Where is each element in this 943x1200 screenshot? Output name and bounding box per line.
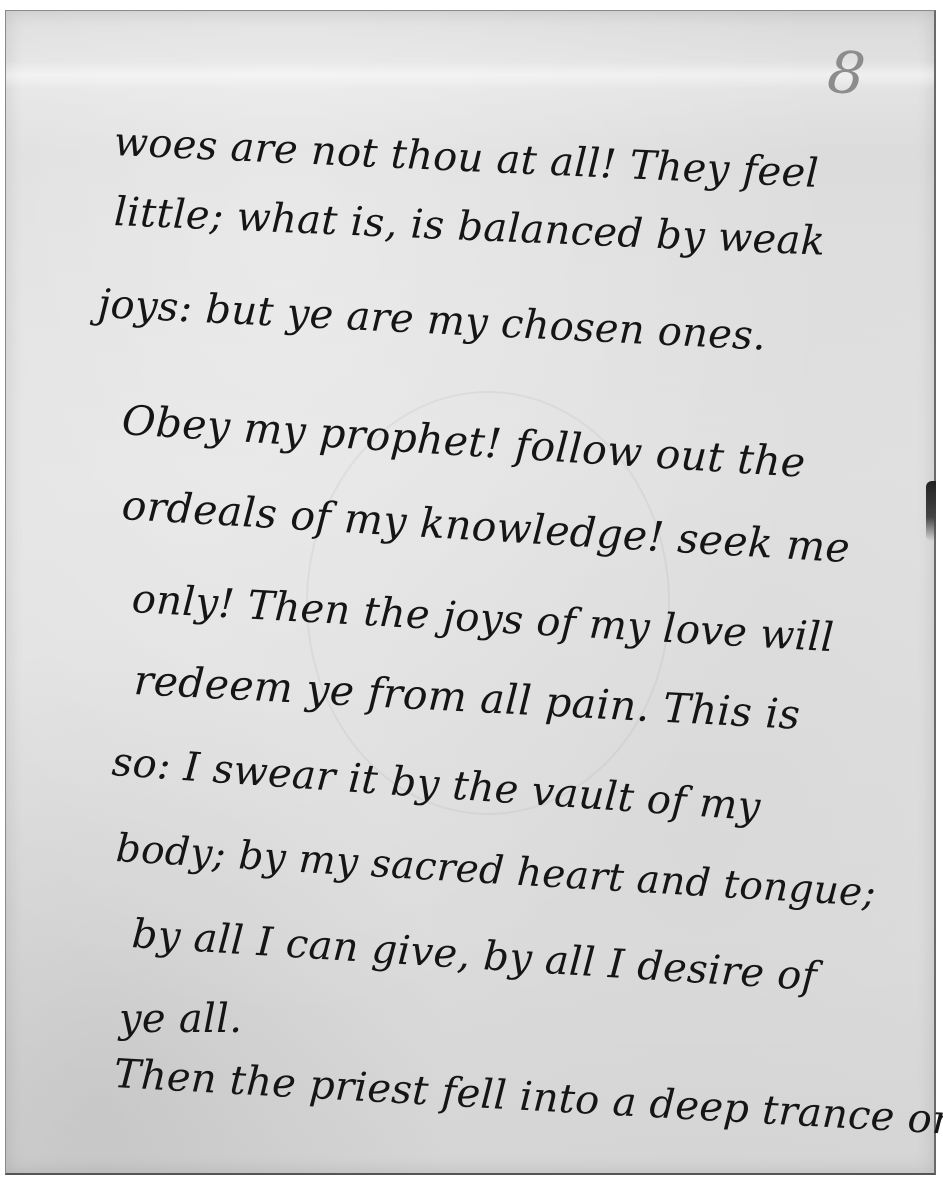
manuscript-line-2: little; what is, is balanced by weak	[113, 189, 826, 265]
manuscript-paper: 8 woes are not thou at all! They feel li…	[5, 10, 936, 1175]
paper-fold-crease	[6, 61, 934, 89]
manuscript-line-3: joys: but ye are my chosen ones.	[97, 281, 767, 360]
ink-edge-mark	[926, 481, 936, 541]
manuscript-line-9: body; by my sacred heart and tongue;	[115, 826, 878, 916]
manuscript-line-11: ye all.	[119, 996, 242, 1042]
page-number: 8	[825, 37, 869, 108]
manuscript-line-12: Then the priest fell into a deep trance …	[113, 1051, 943, 1144]
manuscript-line-1: woes are not thou at all! They feel	[113, 119, 820, 197]
manuscript-line-10: by all I can give, by all I desire of	[131, 911, 819, 1000]
manuscript-canvas: 8 woes are not thou at all! They feel li…	[0, 0, 943, 1200]
